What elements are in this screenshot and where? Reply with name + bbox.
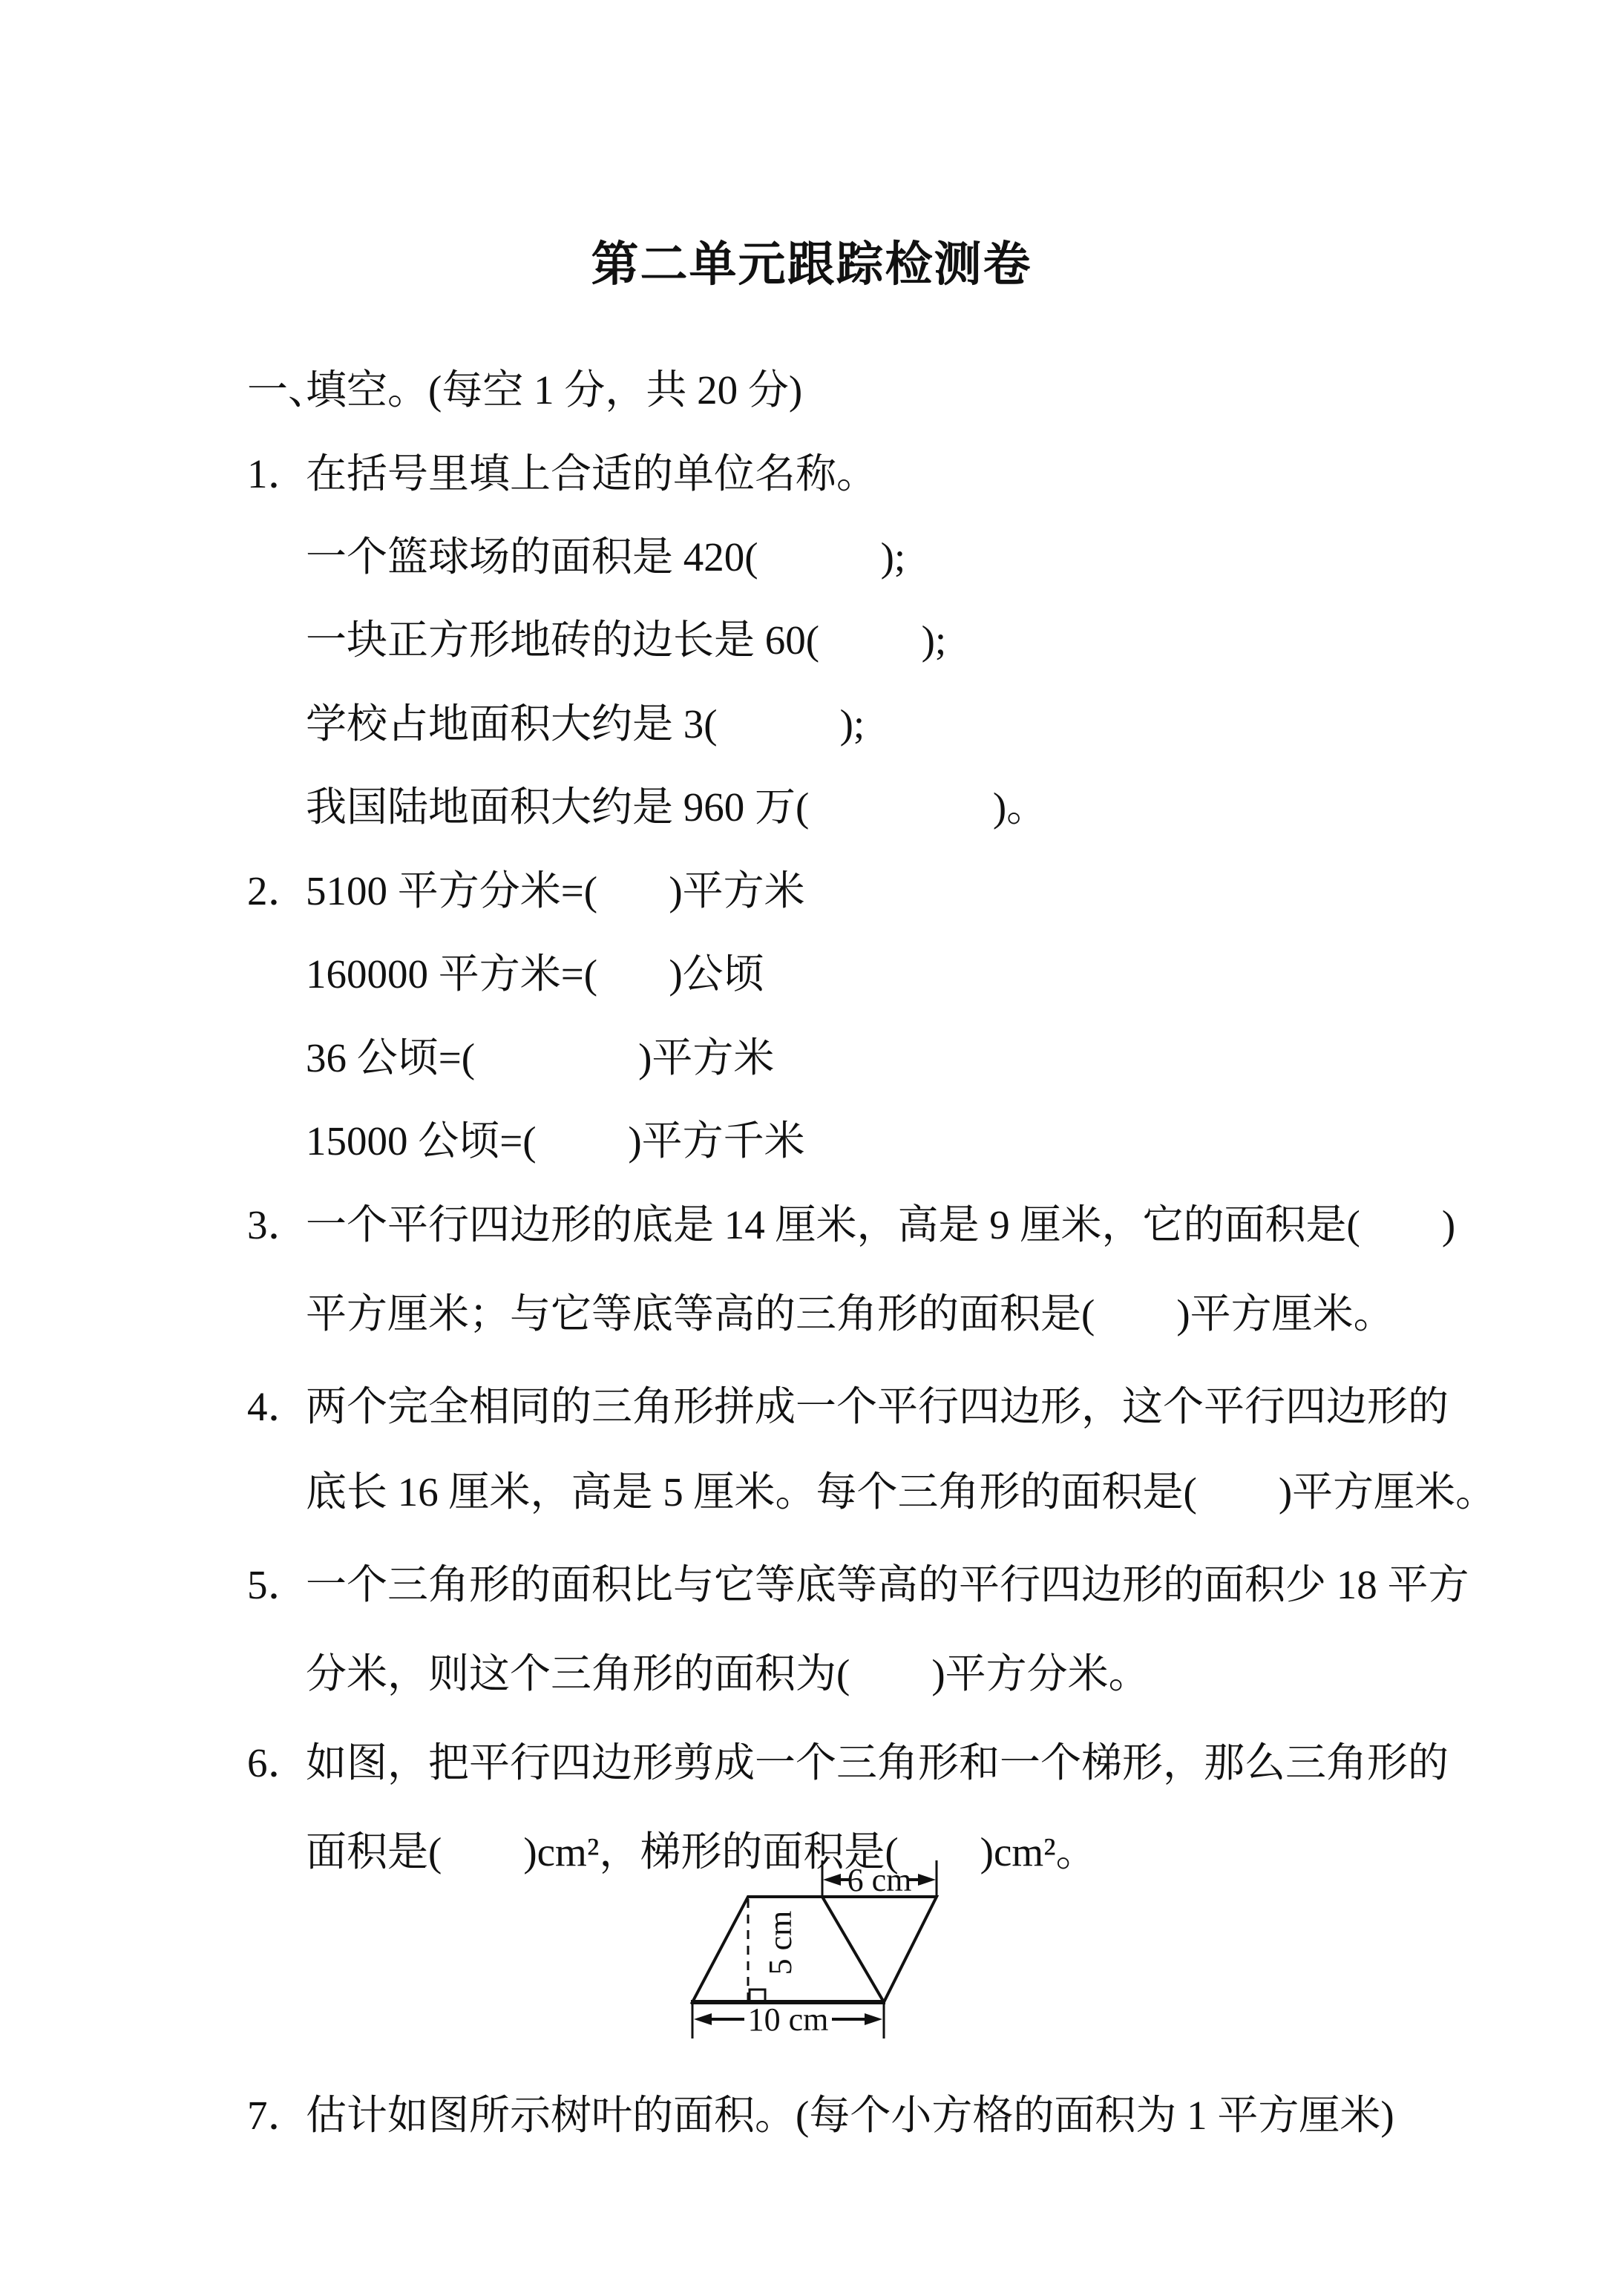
question-1-blank-line: 我国陆地面积大约是 960 万( )。 [306,759,1047,847]
question-number: 5． [247,1552,306,1610]
parallelogram-figure: 6 cm 5 cm 10 cm [668,1851,965,2052]
question-number: 3． [247,1192,306,1250]
question-7-line: 7．估计如图所示树叶的面积。(每个小方格的面积为 1 平方厘米) [247,2067,1394,2155]
page-title: 第二单元跟踪检测卷 [0,229,1623,300]
question-number: 7． [247,2082,306,2141]
question-2-line: 2．5100 平方分米=( )平方米 [247,843,805,931]
section-title: 填空。(每空 1 分，共 20 分) [306,357,802,416]
question-number: 4． [247,1374,306,1432]
question-2-conversion-line: 15000 公顷=( )平方千米 [306,1093,805,1181]
question-1-line: 1．在括号里填上合适的单位名称。 [247,426,877,514]
question-5-continuation: 分米，则这个三角形的面积为( )平方分米。 [306,1626,1150,1713]
arrow-left-icon [694,2013,712,2025]
question-4-line: 4．两个完全相同的三角形拼成一个平行四边形，这个平行四边形的 [247,1359,1449,1446]
question-2-conversion-line: 36 公顷=( )平方米 [306,1010,774,1098]
section-header: 一、填空。(每空 1 分，共 20 分) [247,342,802,430]
base-width-label: 10 cm [748,2001,829,2038]
top-width-label: 6 cm [847,1862,912,1898]
arrow-right-icon [865,2013,882,2025]
worksheet-page: 第二单元跟踪检测卷 一、填空。(每空 1 分，共 20 分) 1．在括号里填上合… [0,0,1623,2296]
question-6-line: 6．如图，把平行四边形剪成一个三角形和一个梯形，那么三角形的 [247,1715,1449,1803]
question-number: 1． [247,441,306,499]
section-number: 一、 [247,357,306,416]
question-number: 6． [247,1730,306,1788]
question-4-continuation: 底长 16 厘米，高是 5 厘米。每个三角形的面积是( )平方厘米。 [306,1444,1496,1532]
question-5-line: 5．一个三角形的面积比与它等底等高的平行四边形的面积少 18 平方 [247,1537,1469,1624]
question-number: 2． [247,858,306,916]
arrow-right-icon [918,1874,936,1886]
question-1-blank-line: 一个篮球场的面积是 420( ); [306,509,905,597]
question-3-continuation: 平方厘米；与它等底等高的三角形的面积是( )平方厘米。 [306,1266,1394,1354]
question-3-line: 3．一个平行四边形的底是 14 厘米，高是 9 厘米，它的面积是( ) [247,1177,1455,1265]
arrow-left-icon [823,1874,841,1886]
parallelogram-outline [692,1897,937,2002]
question-2-conversion-line: 160000 平方米=( )公顷 [306,926,764,1014]
question-1-blank-line: 学校占地面积大约是 3( ); [306,676,865,764]
height-label: 5 cm [762,1911,799,1975]
question-1-blank-line: 一块正方形地砖的边长是 60( ); [306,592,946,680]
cut-line [822,1897,884,2002]
